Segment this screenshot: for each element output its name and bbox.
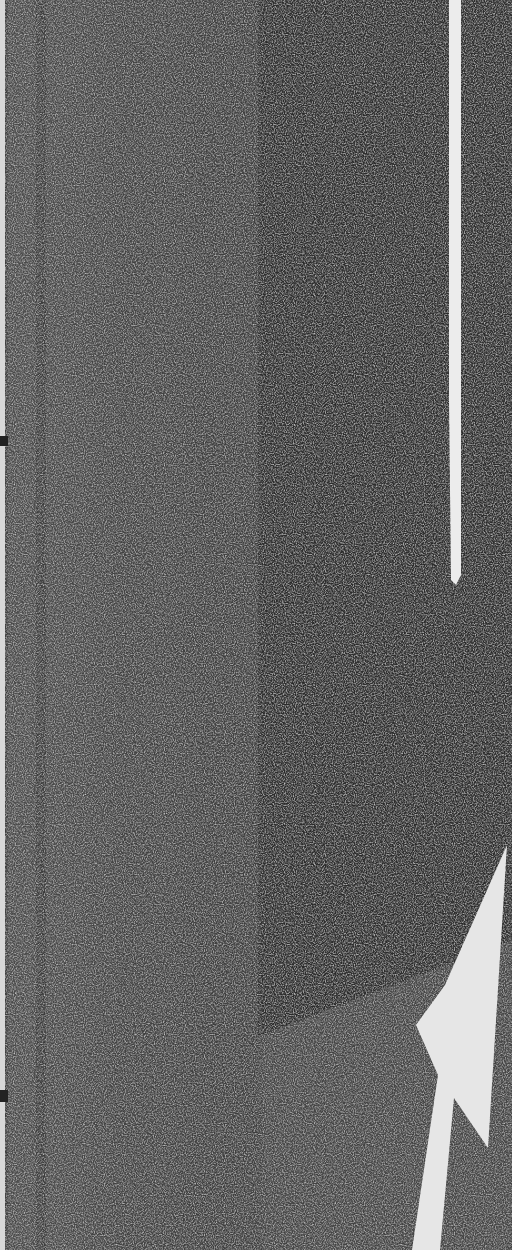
- road-photo: [0, 0, 512, 1250]
- road-surface: [0, 0, 512, 1250]
- lane-line: [449, 0, 461, 585]
- shadow-region: [262, 0, 512, 1035]
- pavement-seam: [258, 0, 264, 1035]
- edge-seam: [36, 0, 46, 1250]
- edge-gap: [0, 436, 8, 446]
- left-edge-line: [0, 0, 5, 1250]
- edge-gap: [0, 1090, 8, 1102]
